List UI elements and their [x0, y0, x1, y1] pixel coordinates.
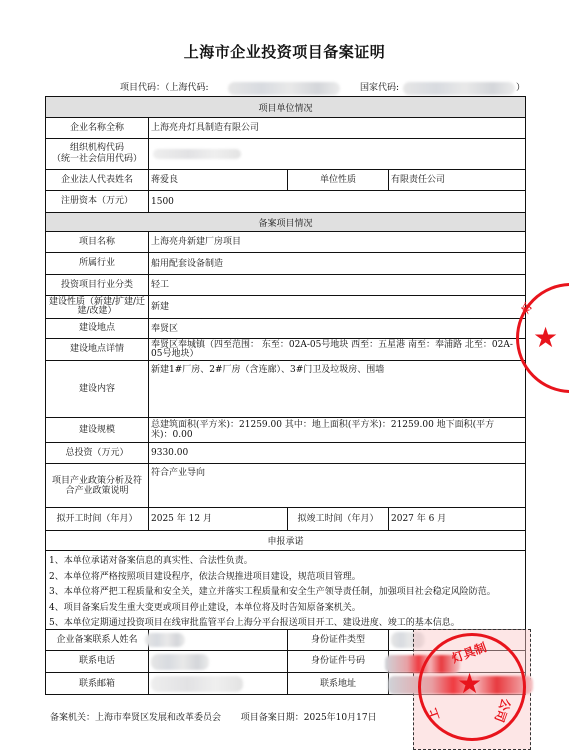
investment-value: 9330.00: [148, 443, 525, 463]
table-row: 建设地点 奉贤区: [46, 319, 525, 339]
investment-label: 总投资（万元）: [46, 443, 148, 463]
org-code-value: [148, 139, 525, 169]
table-row: 拟开工时间（年月） 2025 年 12 月 拟竣工时间（年月） 2027 年 6…: [46, 508, 525, 531]
national-code-redacted: [403, 82, 515, 95]
official-seal: ★ 灯具制 公司 上: [418, 633, 526, 741]
unit-type-value: 有限责任公司: [388, 170, 525, 190]
policy-label: 项目产业政策分析及符合产业政策说明: [48, 464, 146, 507]
policy-value: 符合产业导向: [148, 464, 525, 507]
commitment-item: 3、本单位将严把工程质量和安全关，建立并落实工程质量和安全生产领导责任制，加强项…: [49, 585, 525, 601]
email-value: [148, 673, 287, 695]
commitment-item: 2、本单位将严格按照项目建设程序，依法合规推进项目建设，规范项目管理。: [49, 570, 525, 586]
unit-section-header-row: 项目单位情况: [46, 97, 525, 118]
commitment-header: 申报承诺: [46, 531, 525, 550]
table-row: 项目产业政策分析及符合产业政策说明 符合产业导向: [46, 464, 525, 508]
project-code-line: 项目代码：（上海代码: 国家代码: ）: [120, 81, 520, 95]
seal-star-icon: ★: [457, 670, 482, 698]
start-time-label: 拟开工时间（年月）: [46, 508, 148, 530]
record-table: 项目单位情况 企业名称全称 上海亮舟灯具制造有限公司 组织机构代码 （统一社会信…: [45, 96, 526, 695]
company-name-label: 企业名称全称: [46, 118, 148, 138]
table-row: 组织机构代码 （统一社会信用代码）: [46, 139, 525, 170]
capital-value: 1500: [148, 191, 525, 212]
code-prefix: 项目代码：（上海代码:: [120, 81, 209, 95]
content-label: 建设内容: [46, 361, 148, 417]
start-time-value: 2025 年 12 月: [148, 508, 287, 530]
project-name-value: 上海亮舟新建厂房项目: [148, 232, 525, 252]
table-row: 建设内容 新建1#厂房、2#厂房（含连廊）、3#门卫及垃圾房、围墙: [46, 361, 525, 418]
seal-star-icon: ★: [533, 324, 558, 352]
table-row: 建设规模 总建筑面积(平方米)：21259.00 其中：地上面积(平方米)：21…: [46, 418, 525, 443]
category-label: 投资项目行业分类: [46, 275, 148, 295]
shanghai-code-redacted: [228, 82, 340, 95]
commitment-list: 1、本单位承诺对备案信息的真实性、合法性负责。 2、本单位将严格按照项目建设程序…: [46, 551, 525, 632]
phone-label: 联系电话: [46, 651, 148, 672]
scale-value: 总建筑面积(平方米)：21259.00 其中：地上面积(平方米)：21259.0…: [148, 418, 525, 442]
address-label: 联系地址: [287, 673, 388, 695]
seal-text: 上: [423, 706, 443, 723]
table-row: 投资项目行业分类 轻工: [46, 275, 525, 296]
location-value: 奉贤区: [148, 319, 525, 338]
seal-text: 灯具制: [449, 638, 489, 666]
commitment-header-row: 申报承诺: [46, 531, 525, 551]
code-suffix: ）: [516, 81, 525, 95]
commitment-item: 1、本单位承诺对备案信息的真实性、合法性负责。: [49, 554, 525, 570]
legal-rep-value: 蒋爱良: [148, 170, 287, 190]
category-value: 轻工: [148, 275, 525, 295]
phone-value: [148, 651, 287, 672]
capital-label: 注册资本（万元）: [46, 191, 148, 212]
legal-rep-label: 企业法人代表姓名: [46, 170, 148, 190]
contact-name-value: [148, 630, 287, 650]
unit-type-label: 单位性质: [287, 170, 388, 190]
location-label: 建设地点: [46, 319, 148, 338]
nature-value: 新建: [148, 296, 525, 318]
commitment-row: 1、本单位承诺对备案信息的真实性、合法性负责。 2、本单位将严格按照项目建设程序…: [46, 551, 525, 630]
document-title: 上海市企业投资项目备案证明: [0, 41, 569, 62]
location-detail-value: 奉贤区奉城镇（四至范围： 东至：02A-05号地块 西至：五星港 南至：奉浦路 …: [148, 339, 525, 360]
unit-section-header: 项目单位情况: [46, 97, 525, 117]
org-code-label: 组织机构代码 （统一社会信用代码）: [46, 139, 148, 169]
email-label: 联系邮箱: [46, 673, 148, 695]
company-name-value: 上海亮舟灯具制造有限公司: [148, 118, 525, 138]
seal-text: 公司: [491, 696, 515, 724]
table-row: 项目名称 上海亮舟新建厂房项目: [46, 232, 525, 253]
phone-redacted: [151, 654, 209, 670]
table-row: 总投资（万元） 9330.00: [46, 443, 525, 464]
project-name-label: 项目名称: [46, 232, 148, 252]
industry-value: 船用配套设备制造: [148, 253, 525, 274]
industry-label: 所属行业: [46, 253, 148, 274]
project-section-header-row: 备案项目情况: [46, 213, 525, 232]
table-row: 所属行业 船用配套设备制造: [46, 253, 525, 275]
end-time-label: 拟竣工时间（年月）: [287, 508, 388, 530]
table-row: 企业名称全称 上海亮舟灯具制造有限公司: [46, 118, 525, 139]
table-row: 建设性质（新建/扩建/迁建/改建） 新建: [46, 296, 525, 319]
table-row: 企业法人代表姓名 蒋爱良 单位性质 有限责任公司: [46, 170, 525, 191]
scale-label: 建设规模: [46, 418, 148, 442]
table-row: 建设地点详情 奉贤区奉城镇（四至范围： 东至：02A-05号地块 西至：五星港 …: [46, 339, 525, 361]
national-code-label: 国家代码:: [360, 81, 399, 95]
filing-date: 项目备案日期：2025年10月17日: [241, 713, 377, 723]
table-row: 注册资本（万元） 1500: [46, 191, 525, 213]
nature-label: 建设性质（新建/扩建/迁建/改建）: [48, 296, 146, 318]
footer: 备案机关：上海市奉贤区发展和改革委员会 项目备案日期：2025年10月17日: [50, 710, 377, 723]
org-code-redacted: [153, 149, 241, 159]
contact-name-label: 企业备案联系人姓名: [46, 630, 148, 650]
location-detail-label: 建设地点详情: [46, 339, 148, 360]
end-time-value: 2027 年 6 月: [388, 508, 525, 530]
email-redacted: [151, 676, 243, 692]
filing-authority: 备案机关：上海市奉贤区发展和改革委员会: [50, 713, 221, 723]
contact-name-redacted: [145, 633, 185, 647]
project-section-header: 备案项目情况: [46, 213, 525, 231]
id-type-label: 身份证件类型: [287, 630, 388, 650]
content-value: 新建1#厂房、2#厂房（含连廊）、3#门卫及垃圾房、围墙: [148, 361, 525, 417]
commitment-item: 4、项目备案后发生重大变更或项目停止建设，本单位将及时告知原备案机关。: [49, 601, 525, 617]
id-number-label: 身份证件号码: [287, 651, 388, 672]
